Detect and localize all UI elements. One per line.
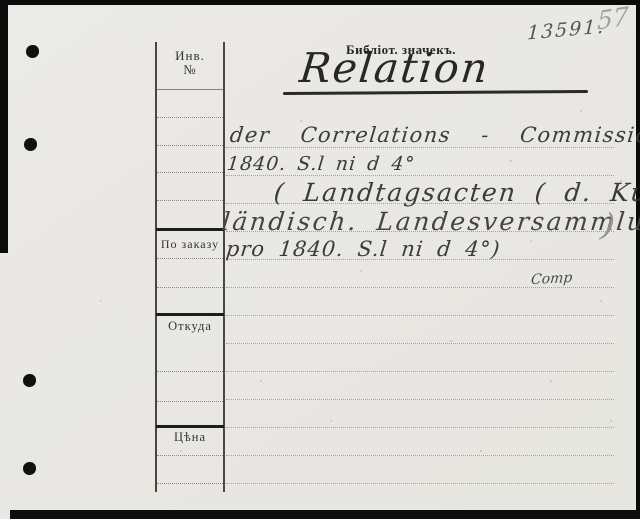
handwriting-line-1: der Correlations - Commission	[229, 123, 640, 147]
ruled-line	[226, 455, 614, 456]
section-divider	[156, 425, 224, 428]
ruled-line	[226, 147, 614, 148]
inventory-number-sign: №	[157, 62, 223, 78]
ruled-line	[226, 427, 614, 428]
column-divider	[157, 145, 223, 146]
scan-edge-right	[636, 0, 640, 519]
column-divider	[157, 371, 223, 372]
ruled-line	[226, 343, 614, 344]
punch-hole	[23, 374, 36, 387]
punch-hole	[24, 138, 37, 151]
ruled-line	[226, 483, 614, 484]
catalog-card-scan: Инв. № По заказу Откуда Цѣна Библіот. зн…	[0, 0, 640, 519]
scan-edge-top	[0, 0, 640, 5]
card-title: Relation	[297, 44, 491, 92]
origin-label: Откуда	[157, 319, 223, 334]
handwriting-line-5: pro 1840. S.l ni d 4°)	[225, 237, 502, 261]
ruled-line	[226, 315, 614, 316]
price-label: Цѣна	[157, 430, 223, 445]
column-divider	[157, 200, 223, 201]
ruled-line	[226, 175, 614, 176]
scan-edge-left	[0, 0, 8, 253]
scan-edge-bottom	[10, 510, 640, 519]
handwriting-line-3: ( Landtagsacten ( d. Kur-	[272, 178, 640, 207]
compiler-note: Comp	[530, 270, 573, 288]
column-divider	[157, 287, 223, 288]
accession-number: 13591.	[527, 15, 606, 44]
punch-hole	[26, 45, 39, 58]
pencil-page-number: 57	[597, 1, 629, 35]
column-divider	[157, 117, 223, 118]
column-divider	[157, 455, 223, 456]
ruled-line	[226, 371, 614, 372]
column-divider	[157, 89, 223, 90]
column-divider	[157, 483, 223, 484]
section-divider	[156, 313, 224, 316]
section-divider	[156, 228, 224, 231]
column-divider	[157, 401, 223, 402]
paper-speckles	[300, 120, 302, 122]
order-label: По заказу	[157, 237, 223, 252]
column-divider	[157, 258, 223, 259]
column-divider	[157, 172, 223, 173]
ruled-line	[226, 287, 614, 288]
handwriting-line-4: ländisch. Landesversammlung.	[220, 207, 640, 236]
punch-hole	[23, 462, 36, 475]
ruled-line	[226, 399, 614, 400]
handwriting-line-2: 1840. S.l ni d 4°	[226, 153, 416, 175]
